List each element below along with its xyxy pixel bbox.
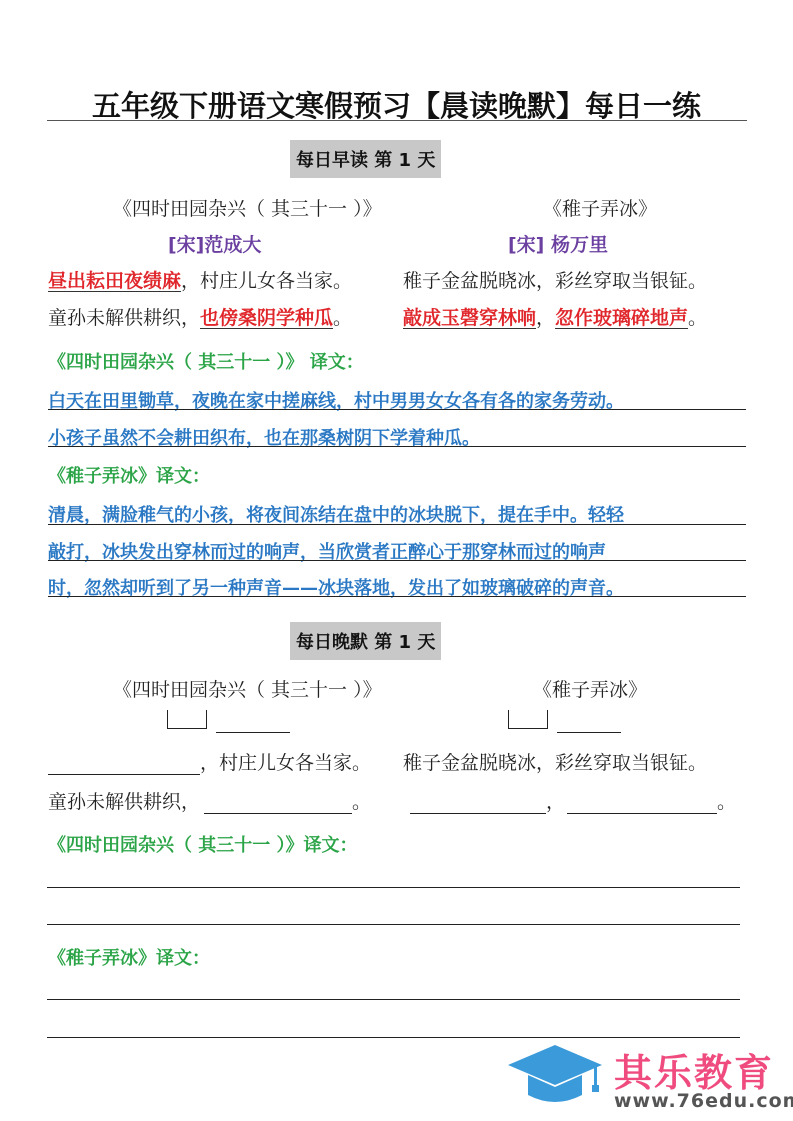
morning-poem2-author: [宋] 杨万里 [508, 230, 608, 257]
page-title: 五年级下册语文寒假预习【晨读晚默】每日一练 [0, 84, 793, 125]
evening-translation1-heading: 《四时田园杂兴（ 其三十一 ）》译文： [48, 831, 358, 857]
verse-sep: ， [536, 307, 555, 329]
underline-rule [48, 596, 746, 597]
verse-sep: ， [546, 791, 565, 813]
morning-verse-row-2: 童孙未解供耕织，也傍桑阴学种瓜。 [48, 303, 352, 330]
dynasty-bracket-blank[interactable] [508, 710, 548, 729]
highlight-verse: 昼出耘田夜绩麻 [48, 270, 181, 292]
title-divider [47, 120, 747, 121]
verse-fill-blank[interactable] [204, 795, 352, 814]
highlight-verse: 也傍桑阴学种瓜 [200, 307, 333, 329]
evening-poem2-title: 《稚子弄冰》 [533, 675, 647, 702]
evening-verse-row-1: ，村庄儿女各当家。 [48, 748, 371, 775]
evening-verse-row-2: 童孙未解供耕织，。 [48, 787, 371, 814]
evening-poem1-author-blank[interactable] [167, 710, 290, 733]
evening-verse-row-2-poem2: ，。 [410, 787, 736, 814]
verse-end: 。 [352, 791, 371, 813]
morning-poem1-title: 《四时田园杂兴（ 其三十一 ）》 [113, 194, 382, 221]
verse-fill-blank[interactable] [410, 795, 546, 814]
evening-poem1-title: 《四时田园杂兴（ 其三十一 ）》 [113, 675, 382, 702]
answer-line[interactable] [47, 924, 740, 925]
highlight-verse: 敲成玉磬穿林响 [403, 307, 536, 329]
verse-text: ，村庄儿女各当家。 [181, 270, 352, 292]
answer-line[interactable] [47, 999, 740, 1000]
morning-verse-row-2-poem2: 敲成玉磬穿林响，忽作玻璃碎地声。 [403, 303, 707, 330]
author-name-blank[interactable] [216, 714, 290, 733]
verse-end: 。 [333, 307, 352, 329]
morning-day-badge: 每日早读 第 1 天 [290, 140, 441, 178]
verse-fill-blank[interactable] [48, 756, 200, 775]
brand-url: www.76edu.com [614, 1090, 793, 1112]
answer-line[interactable] [47, 1037, 740, 1038]
verse-text: 童孙未解供耕织， [48, 791, 200, 813]
highlight-verse: 忽作玻璃碎地声 [555, 307, 688, 329]
evening-verse-row-1-poem2: 稚子金盆脱晓冰，彩丝穿取当银钲。 [403, 748, 707, 775]
brand-name: 其乐教育 [614, 1042, 774, 1097]
answer-line[interactable] [47, 887, 740, 888]
author-name-blank[interactable] [557, 714, 621, 733]
graduation-cap-icon [508, 1043, 603, 1107]
underline-rule [48, 446, 746, 447]
evening-day-badge: 每日晚默 第 1 天 [290, 622, 441, 660]
morning-translation1-heading: 《四时田园杂兴（ 其三十一 ）》 译文： [48, 348, 364, 374]
verse-end: 。 [688, 307, 707, 329]
morning-translation2-heading: 《稚子弄冰》译文： [48, 462, 210, 488]
morning-poem2-title: 《稚子弄冰》 [543, 194, 657, 221]
verse-text: ，村庄儿女各当家。 [200, 752, 371, 774]
morning-verse-row-1-poem2: 稚子金盆脱晓冰，彩丝穿取当银钲。 [403, 266, 707, 293]
verse-fill-blank[interactable] [567, 795, 717, 814]
morning-poem1-author: [宋]范成大 [168, 230, 261, 257]
underline-rule [48, 409, 746, 410]
verse-text: 童孙未解供耕织， [48, 307, 200, 329]
verse-end: 。 [717, 791, 736, 813]
morning-verse-row-1: 昼出耘田夜绩麻，村庄儿女各当家。 [48, 266, 352, 293]
underline-rule [48, 524, 746, 525]
evening-poem2-author-blank[interactable] [508, 710, 621, 733]
evening-translation2-heading: 《稚子弄冰》译文： [48, 944, 210, 970]
underline-rule [48, 560, 746, 561]
dynasty-bracket-blank[interactable] [167, 710, 207, 729]
